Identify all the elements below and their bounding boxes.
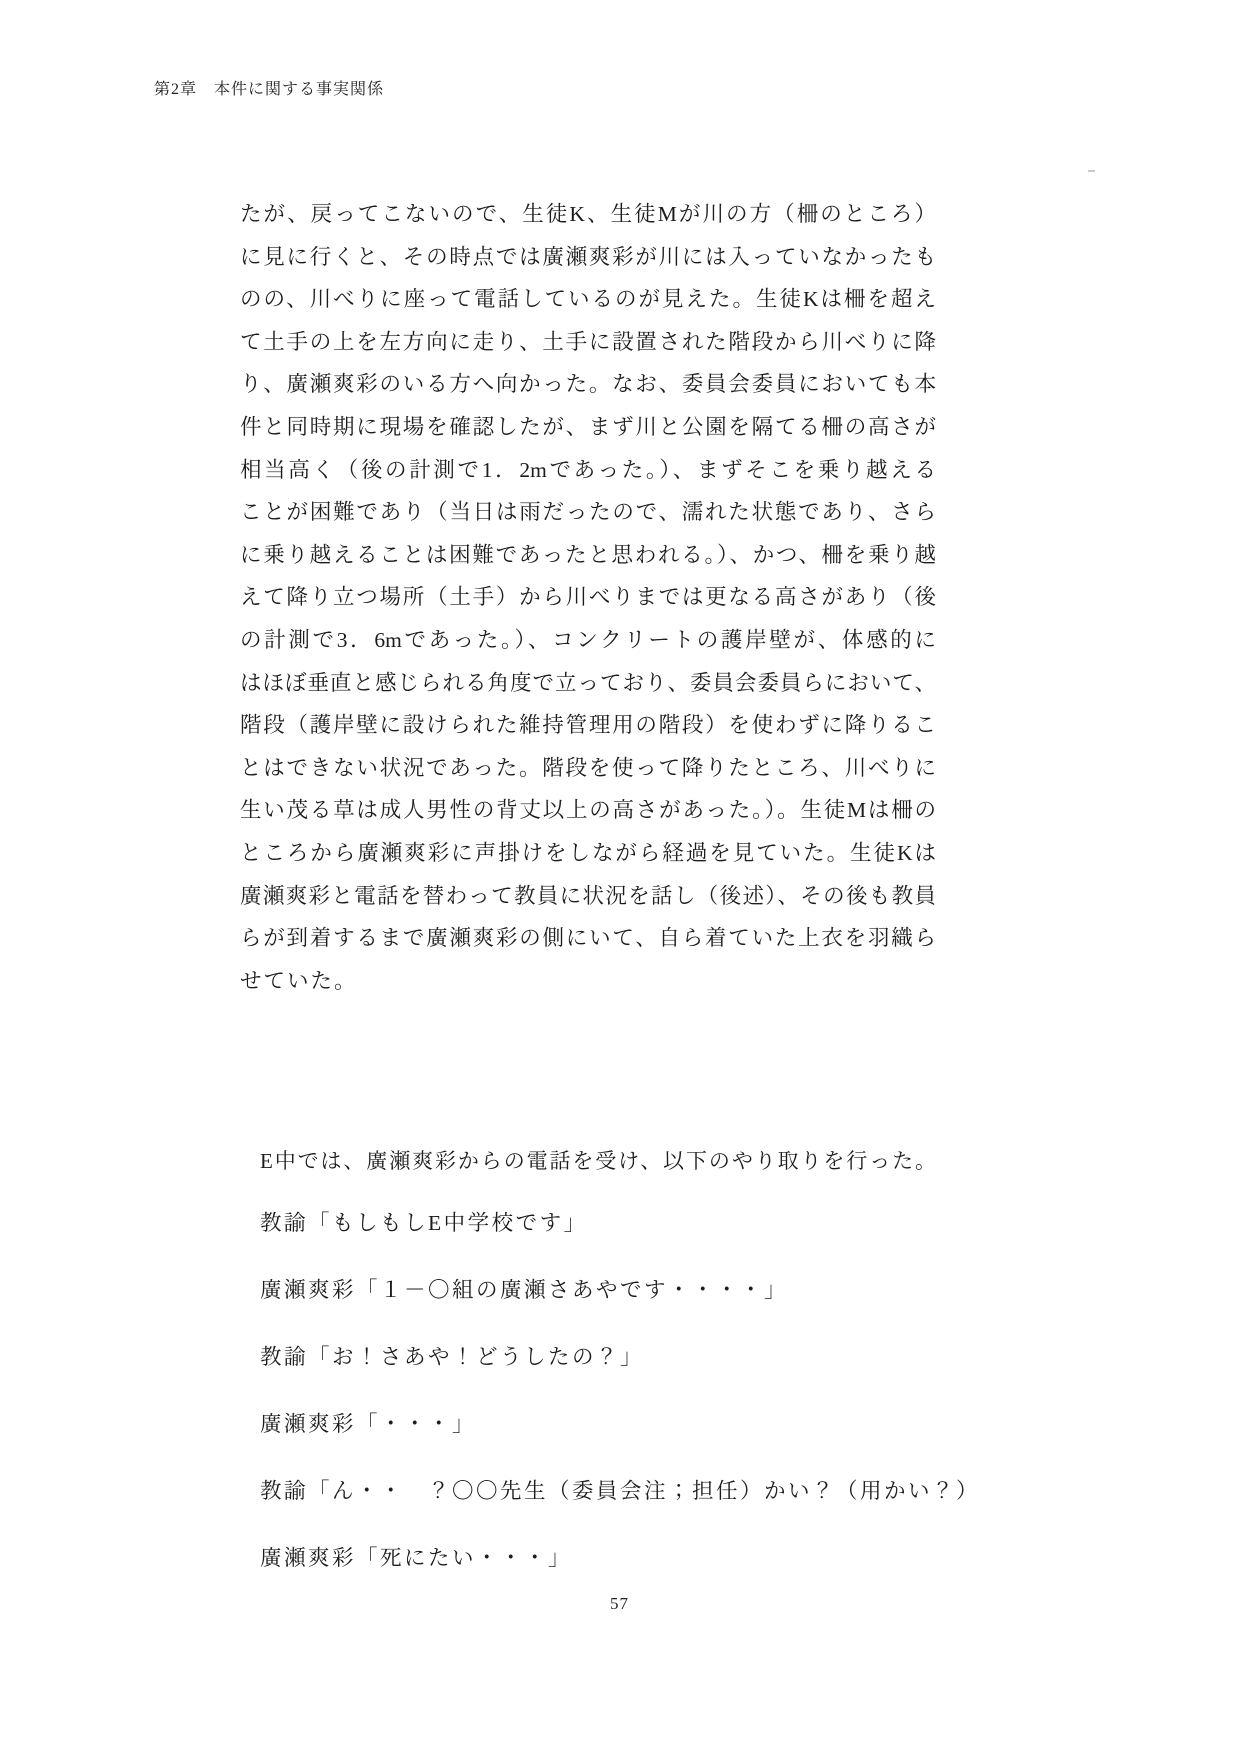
body-line: らが到着するまで廣瀬爽彩の側にいて、自ら着ていた上衣を羽織ら bbox=[240, 917, 936, 960]
body-line: に乗り越えることは困難であったと思われる。）、かつ、柵を乗り越 bbox=[240, 534, 936, 577]
body-line: 廣瀬爽彩と電話を替わって教員に状況を話し（後述）、その後も教員 bbox=[240, 875, 936, 918]
dialogue-line: 教諭「お！さあや！どうしたの？」 bbox=[260, 1344, 960, 1411]
dialogue-line: 廣瀬爽彩「１－〇組の廣瀬さあやです・・・・」 bbox=[260, 1277, 960, 1344]
body-line: 階段（護岸壁に設けられた維持管理用の階段）を使わずに降りるこ bbox=[240, 704, 936, 747]
body-line: 生い茂る草は成人男性の背丈以上の高さがあった。）。生徒Mは柵の bbox=[240, 789, 936, 832]
body-line: せていた。 bbox=[240, 960, 936, 1003]
dialogue-line: 教諭「ん・・ ？〇〇先生（委員会注；担任）かい？（用かい？） bbox=[260, 1478, 960, 1545]
body-paragraph: たが、戻ってこないので、生徒K、生徒Mが川の方（柵のところ） に見に行くと、その… bbox=[240, 193, 936, 1002]
body-line: に見に行くと、その時点では廣瀬爽彩が川には入っていなかったも bbox=[240, 236, 936, 279]
dialogue-section: 教諭「もしもしE中学校です」 廣瀬爽彩「１－〇組の廣瀬さあやです・・・・」 教諭… bbox=[260, 1210, 960, 1612]
dialogue-line: 教諭「もしもしE中学校です」 bbox=[260, 1210, 960, 1277]
body-line: とはできない状況であった。階段を使って降りたところ、川べりに bbox=[240, 747, 936, 790]
body-line: ことが困難であり（当日は雨だったので、濡れた状態であり、さら bbox=[240, 491, 936, 534]
body-line: ところから廣瀬爽彩に声掛けをしながら経過を見ていた。生徒Kは bbox=[240, 832, 936, 875]
document-page: 第2章 本件に関する事実関係 たが、戻ってこないので、生徒K、生徒Mが川の方（柵… bbox=[0, 0, 1239, 1754]
body-line: はほぼ垂直と感じられる角度で立っており、委員会委員らにおいて、 bbox=[240, 662, 936, 705]
body-line: のの、川べりに座って電話しているのが見えた。生徒Kは柵を超え bbox=[240, 278, 936, 321]
body-line: えて降り立つ場所（土手）から川べりまでは更なる高さがあり（後 bbox=[240, 576, 936, 619]
chapter-header: 第2章 本件に関する事実関係 bbox=[154, 76, 384, 99]
body-line: 件と同時期に現場を確認したが、まず川と公園を隔てる柵の高さが bbox=[240, 406, 936, 449]
body-line: て土手の上を左方向に走り、土手に設置された階段から川べりに降 bbox=[240, 321, 936, 364]
body-line: たが、戻ってこないので、生徒K、生徒Mが川の方（柵のところ） bbox=[240, 193, 936, 236]
body-line: り、廣瀬爽彩のいる方へ向かった。なお、委員会委員においても本 bbox=[240, 363, 936, 406]
body-line: 相当高く（後の計測で1．2mであった。）、まずそこを乗り越える bbox=[240, 449, 936, 492]
scan-artifact bbox=[1088, 170, 1095, 172]
body-line: の計測で3．6mであった。）、コンクリートの護岸壁が、体感的に bbox=[240, 619, 936, 662]
intro-sentence: E中では、廣瀬爽彩からの電話を受け、以下のやり取りを行った。 bbox=[260, 1148, 936, 1175]
dialogue-line: 廣瀬爽彩「・・・」 bbox=[260, 1411, 960, 1478]
page-number: 57 bbox=[0, 1594, 1239, 1614]
